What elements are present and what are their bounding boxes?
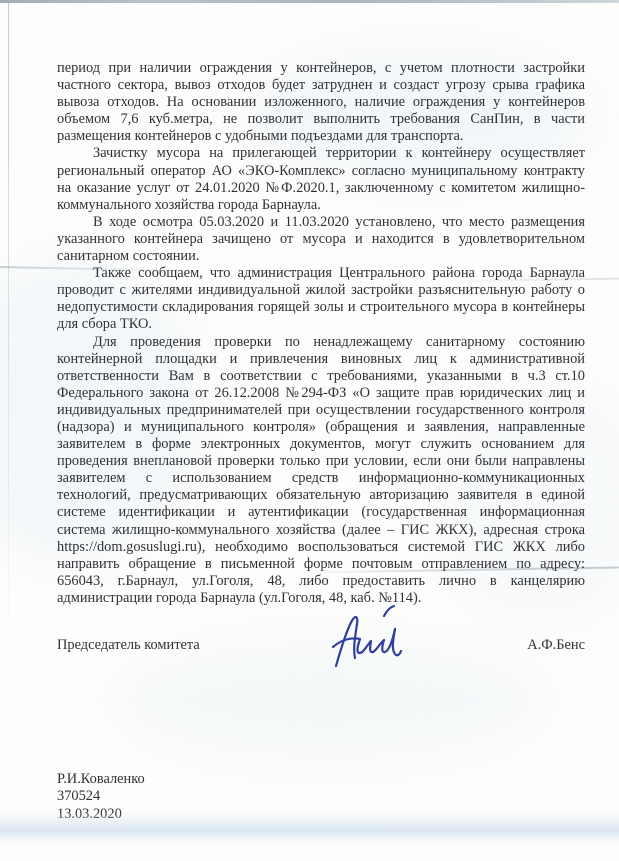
paragraph: Для проведения проверки по ненадлежащему… bbox=[57, 334, 585, 608]
letter-footer: Р.И.Коваленко 370524 13.03.2020 bbox=[57, 771, 145, 823]
signature-row: Председатель комитета А.Ф.Бенс bbox=[57, 637, 585, 654]
executor-phone: 370524 bbox=[57, 788, 145, 805]
handwritten-signature-ink bbox=[327, 604, 419, 682]
executor-name: Р.И.Коваленко bbox=[57, 771, 145, 788]
scan-edge-left bbox=[8, 3, 9, 703]
paragraph: В ходе осмотра 05.03.2020 и 11.03.2020 у… bbox=[57, 214, 585, 265]
signatory-name: А.Ф.Бенс bbox=[527, 637, 585, 654]
paragraph: Также сообщаем, что администрация Центра… bbox=[57, 265, 585, 333]
paragraph: Зачистку мусора на прилегающей территори… bbox=[57, 145, 585, 213]
paragraph: период при наличии ограждения у контейне… bbox=[57, 60, 585, 145]
scanned-letter-page: период при наличии ограждения у контейне… bbox=[0, 0, 619, 861]
signatory-title: Председатель комитета bbox=[57, 637, 200, 654]
scan-edge-top bbox=[0, 0, 619, 3]
letter-body: период при наличии ограждения у контейне… bbox=[57, 60, 585, 607]
letter-date: 13.03.2020 bbox=[57, 806, 145, 823]
